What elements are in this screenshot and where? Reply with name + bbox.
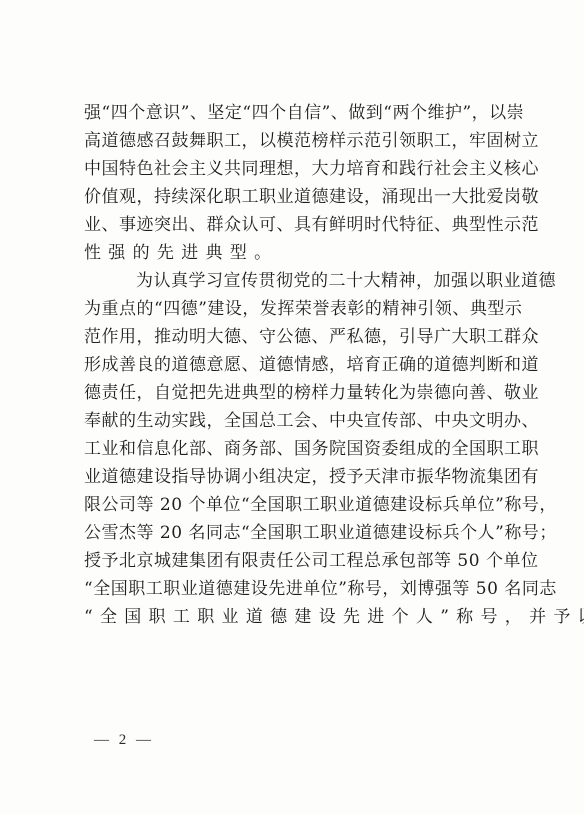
text-line: 价值观，持续深化职工职业道德建设，涌现出一大批爱岗敬 [84, 183, 500, 211]
text-line: 限公司等 20 个单位“全国职工职业道德建设标兵单位”称号， [84, 491, 500, 519]
text-line: 性强的先进典型。 [84, 239, 500, 267]
text-line: 形成善良的道德意愿、道德情感，培育正确的道德判断和道 [84, 351, 500, 379]
text-line-indented: 为认真学习宣传贯彻党的二十大精神，加强以职业道德 [84, 267, 500, 295]
text-line: 中国特色社会主义共同理想，大力培育和践行社会主义核心 [84, 155, 500, 183]
text-line: “全国职工职业道德建设先进个人”称号，并予以表彰。 [84, 603, 500, 631]
text-line: 公雪杰等 20 名同志“全国职工职业道德建设标兵个人”称号； [84, 519, 500, 547]
page-number: — 2 — [94, 732, 154, 749]
text-line: “全国职工职业道德建设先进单位”称号，刘博强等 50 名同志 [84, 575, 500, 603]
text-line: 范作用，推动明大德、守公德、严私德，引导广大职工群众 [84, 323, 500, 351]
text-line: 业、事迹突出、群众认可、具有鲜明时代特征、典型性示范 [84, 211, 500, 239]
text-line: 为重点的“四德”建设，发挥荣誉表彰的精神引领、典型示 [84, 295, 500, 323]
document-body: 强“四个意识”、坚定“四个自信”、做到“两个维护”，以崇 高道德感召鼓舞职工，以… [84, 99, 500, 631]
text-line: 高道德感召鼓舞职工，以模范榜样示范引领职工，牢固树立 [84, 127, 500, 155]
text-line: 业道德建设指导协调小组决定，授予天津市振华物流集团有 [84, 463, 500, 491]
text-line: 奉献的生动实践，全国总工会、中央宣传部、中央文明办、 [84, 407, 500, 435]
text-line: 授予北京城建集团有限责任公司工程总承包部等 50 个单位 [84, 547, 500, 575]
text-line: 德责任，自觉把先进典型的榜样力量转化为崇德向善、敬业 [84, 379, 500, 407]
text-line: 工业和信息化部、商务部、国务院国资委组成的全国职工职 [84, 435, 500, 463]
document-page: 强“四个意识”、坚定“四个自信”、做到“两个维护”，以崇 高道德感召鼓舞职工，以… [0, 0, 584, 815]
text-line: 强“四个意识”、坚定“四个自信”、做到“两个维护”，以崇 [84, 99, 500, 127]
